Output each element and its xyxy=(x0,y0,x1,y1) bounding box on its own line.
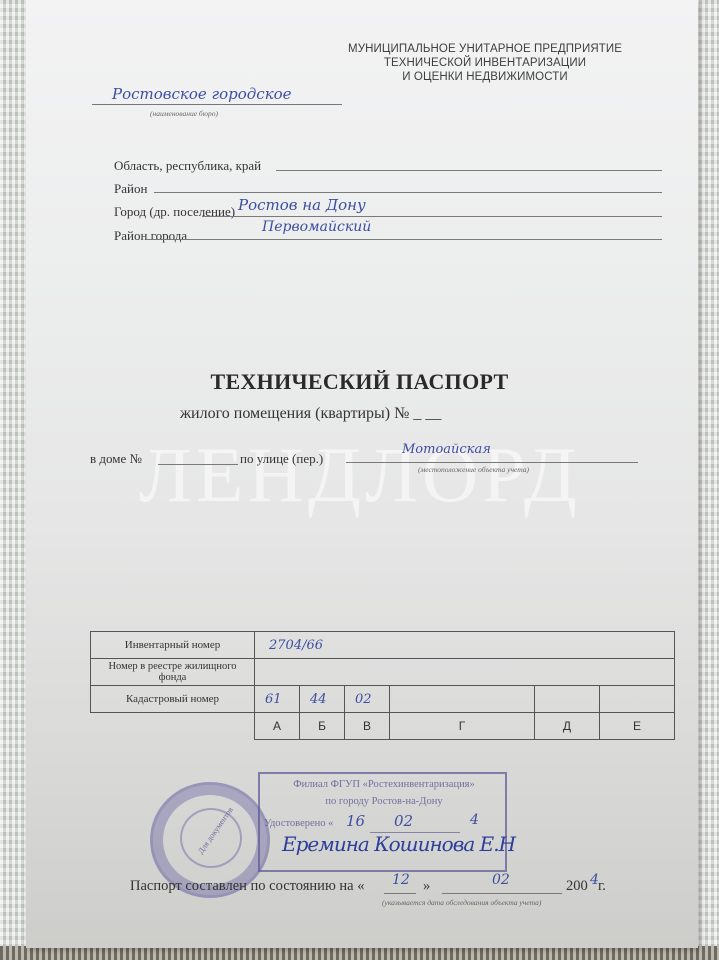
cadastral-number-label: Кадастровый номер xyxy=(91,686,255,713)
footer-day: 12 xyxy=(392,872,410,888)
footer-label: Паспорт составлен по состоянию на « xyxy=(130,878,364,895)
bureau-caption: (наименование бюро) xyxy=(150,109,218,118)
street-label: по улице (пер.) xyxy=(240,451,323,467)
cadastral-cell-a[interactable]: 61 xyxy=(255,686,300,713)
street-line[interactable] xyxy=(346,462,638,463)
column-letter-d: Д xyxy=(535,713,600,740)
street-value: Мотоайская xyxy=(402,442,491,457)
footer-caption: (указывается дата обследования объекта у… xyxy=(382,898,541,907)
bureau-line xyxy=(92,104,342,105)
inventory-number-value[interactable]: 2704/66 xyxy=(255,632,675,659)
document-title: ТЕХНИЧЕСКИЙ ПАСПОРТ xyxy=(0,369,719,395)
column-letter-v: В xyxy=(345,713,390,740)
field-district-line[interactable] xyxy=(154,192,662,193)
footer-month-line[interactable] xyxy=(442,893,562,894)
field-city-district-label: Район города xyxy=(114,228,187,244)
cadastral-cell-b[interactable]: 44 xyxy=(300,686,345,713)
cadastral-cell-g[interactable] xyxy=(390,686,535,713)
field-city-line[interactable] xyxy=(202,216,662,217)
stamp-day: 16 xyxy=(346,812,365,830)
street-caption: (местоположение объекта учета) xyxy=(418,465,529,474)
stamp-certified-label: Удостоверено « xyxy=(264,818,333,829)
org-line-1: МУНИЦИПАЛЬНОЕ УНИТАРНОЕ ПРЕДПРИЯТИЕ xyxy=(315,42,655,56)
house-number-label: в доме № xyxy=(90,451,142,467)
field-district-label: Район xyxy=(114,181,147,197)
column-letter-e: Е xyxy=(600,713,675,740)
cadastral-cell-v[interactable]: 02 xyxy=(345,686,390,713)
field-region-line[interactable] xyxy=(276,170,662,171)
org-line-3: И ОЦЕНКИ НЕДВИЖИМОСТИ xyxy=(315,70,655,84)
registry-number-value[interactable] xyxy=(255,659,675,686)
signature: Еремина Кошинова Е.Н xyxy=(282,832,515,856)
cadastral-cell-e[interactable] xyxy=(600,686,675,713)
field-city-district-value: Первомайский xyxy=(262,219,371,235)
column-letter-a: А xyxy=(255,713,300,740)
stamp-line-1: Филиал ФГУП «Ростехинвентаризация» xyxy=(268,779,500,790)
column-letter-g: Г xyxy=(390,713,535,740)
field-city-value: Ростов на Дону xyxy=(238,196,366,214)
stamp-month: 02 xyxy=(394,812,413,830)
watermark: ЛЕНДЛОРД xyxy=(100,430,620,520)
empty-cell xyxy=(91,713,255,740)
field-region-label: Область, республика, край xyxy=(114,158,261,174)
table-row: Номер в реестре жилищного фонда xyxy=(91,659,675,686)
column-letter-b: Б xyxy=(300,713,345,740)
stamp-year: 4 xyxy=(470,812,479,828)
inventory-number-label: Инвентарный номер xyxy=(91,632,255,659)
house-number-line[interactable] xyxy=(158,464,238,465)
footer-month: 02 xyxy=(492,872,510,888)
org-line-2: ТЕХНИЧЕСКОЙ ИНВЕНТАРИЗАЦИИ xyxy=(315,56,655,70)
table-row: Кадастровый номер 61 44 02 xyxy=(91,686,675,713)
footer-year-prefix: 200 xyxy=(566,878,588,895)
lace-edge xyxy=(0,946,719,960)
table-row: А Б В Г Д Е xyxy=(91,713,675,740)
field-city-district-line[interactable] xyxy=(146,239,662,240)
registry-number-label: Номер в реестре жилищного фонда xyxy=(91,659,255,686)
stamp-line-2: по городу Ростов-на-Дону xyxy=(268,796,500,807)
organization-header: МУНИЦИПАЛЬНОЕ УНИТАРНОЕ ПРЕДПРИЯТИЕ ТЕХН… xyxy=(315,42,655,84)
table-row: Инвентарный номер 2704/66 xyxy=(91,632,675,659)
footer-year-suffix: г. xyxy=(598,878,606,895)
cadastral-cell-d[interactable] xyxy=(535,686,600,713)
registry-table: Инвентарный номер 2704/66 Номер в реестр… xyxy=(90,631,675,740)
bureau-value: Ростовское городское xyxy=(112,85,292,103)
field-city-label: Город (др. поселение) xyxy=(114,204,235,220)
footer-close-quote: » xyxy=(423,878,430,895)
footer-day-line[interactable] xyxy=(384,893,416,894)
document-subtitle: жилого помещения (квартиры) № _ __ xyxy=(180,405,441,423)
